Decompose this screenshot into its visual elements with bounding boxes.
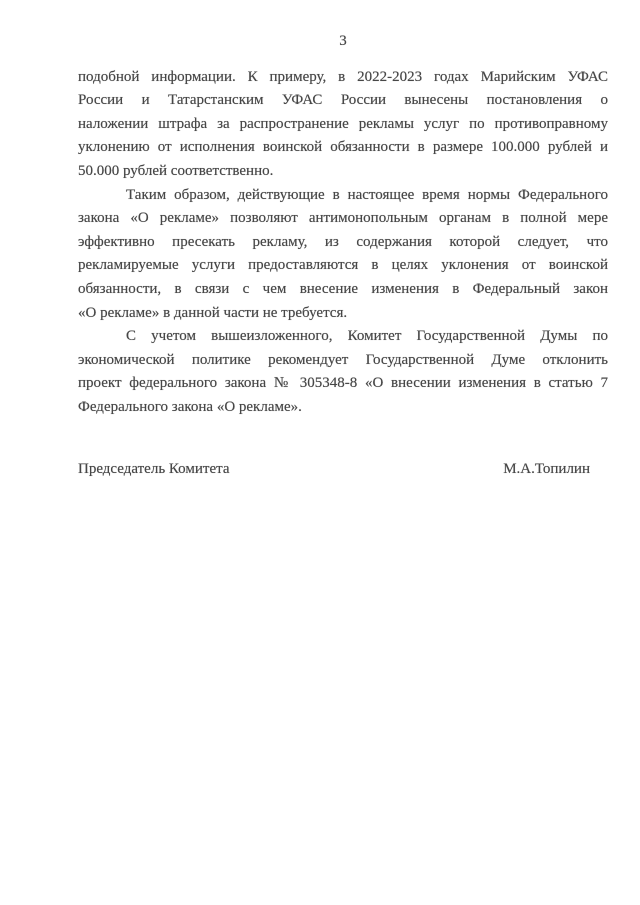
document-page: 3 подобной информации. К примеру, в 2022…: [0, 0, 640, 905]
paragraph-line: России и Татарстанским УФАС России вынес…: [78, 89, 608, 113]
document-paragraphs: подобной информации. К примеру, в 2022-2…: [78, 66, 608, 420]
paragraph-line: закона «О рекламе» позволяют антимонопол…: [78, 207, 608, 231]
paragraph-line: эффективно пресекать рекламу, из содержа…: [78, 231, 608, 255]
paragraph-line: Таким образом, действующие в настоящее в…: [78, 184, 608, 208]
paragraph-line: наложении штрафа за распространение рекл…: [78, 113, 608, 137]
paragraph-line: обязанности, в связи с чем внесение изме…: [78, 278, 608, 302]
document-content: 3 подобной информации. К примеру, в 2022…: [78, 30, 608, 481]
page-number: 3: [78, 30, 608, 54]
paragraph: подобной информации. К примеру, в 2022-2…: [78, 66, 608, 184]
paragraph-line: 50.000 рублей соответственно.: [78, 160, 608, 184]
paragraph: С учетом вышеизложенного, Комитет Госуда…: [78, 325, 608, 419]
paragraph-line: уклонению от исполнения воинской обязанн…: [78, 136, 608, 160]
paragraph-line: «О рекламе» в данной части не требуется.: [78, 302, 608, 326]
paragraph-line: проект федерального закона № 305348-8 «О…: [78, 372, 608, 396]
paragraph: Таким образом, действующие в настоящее в…: [78, 184, 608, 326]
signature-name: М.А.Топилин: [503, 458, 590, 482]
signature-role: Председатель Комитета: [78, 458, 230, 482]
paragraph-line: рекламируемые услуги предоставляются в ц…: [78, 254, 608, 278]
paragraph-line: С учетом вышеизложенного, Комитет Госуда…: [78, 325, 608, 349]
paragraph-line: экономической политике рекомендует Госуд…: [78, 349, 608, 373]
signature-row: Председатель Комитета М.А.Топилин: [78, 458, 608, 482]
paragraph-line: Федерального закона «О рекламе».: [78, 396, 608, 420]
paragraph-line: подобной информации. К примеру, в 2022-2…: [78, 66, 608, 90]
